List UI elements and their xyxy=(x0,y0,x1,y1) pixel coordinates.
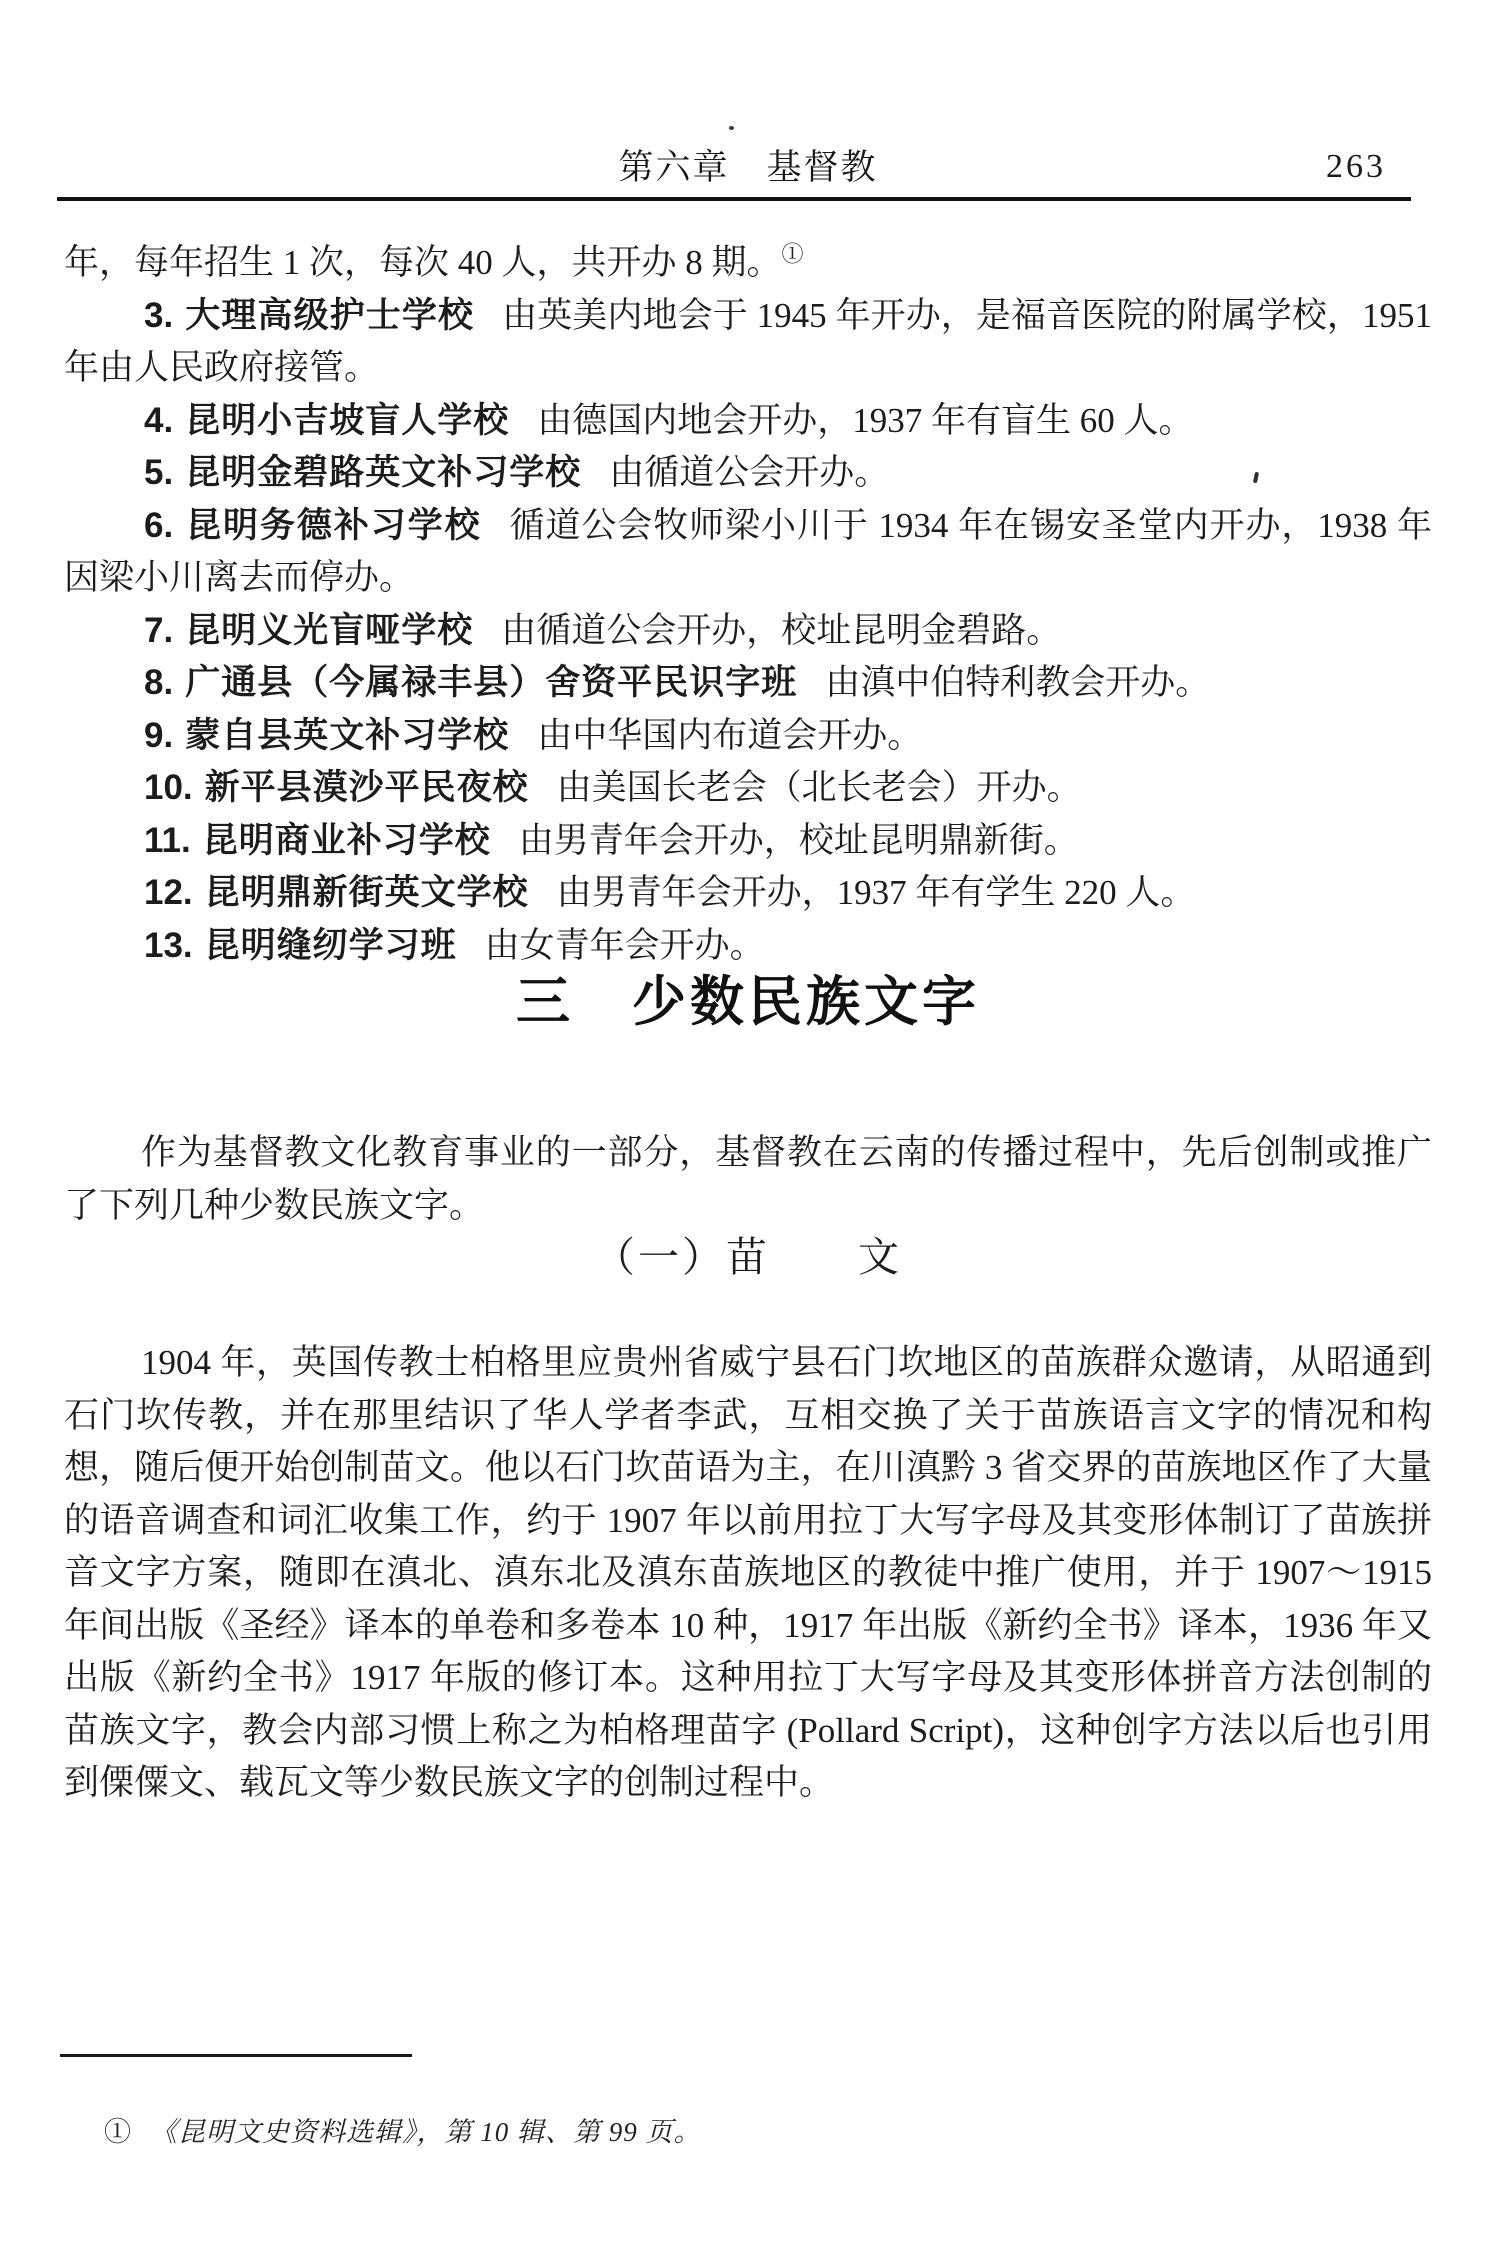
school-item-name: 昆明小吉坡盲人学校 xyxy=(185,401,509,440)
header-rule xyxy=(57,197,1411,201)
continuation-line: 年，每年招生 1 次，每次 40 人，共开办 8 期。① xyxy=(64,237,1432,290)
school-item-number: 7. xyxy=(144,611,173,650)
school-item-number: 6. xyxy=(144,506,173,545)
school-item-name: 蒙自县英文补习学校 xyxy=(185,716,509,755)
school-item-number: 13. xyxy=(144,926,193,965)
school-item-name: 昆明缝纫学习班 xyxy=(205,926,457,965)
school-item-description: 由中华国内布道会开办。 xyxy=(537,716,922,755)
school-item-number: 4. xyxy=(144,401,173,440)
school-list-item: 9.蒙自县英文补习学校由中华国内布道会开办。 xyxy=(64,710,1432,763)
scanned-book-page: 第六章 基督教 263 年，每年招生 1 次，每次 40 人，共开办 8 期。①… xyxy=(0,0,1500,2258)
school-item-name: 昆明义光盲哑学校 xyxy=(185,611,473,650)
scan-artifact-dot xyxy=(729,126,734,130)
chapter-title: 第六章 基督教 xyxy=(64,140,1432,190)
school-item-description: 由滇中伯特利教会开办。 xyxy=(825,663,1210,702)
school-item-name: 大理高级护士学校 xyxy=(185,296,474,335)
school-item-name: 昆明金碧路英文补习学校 xyxy=(185,453,581,492)
footnote-text: 《昆明文史资料选辑》，第 10 辑、第 99 页。 xyxy=(150,2117,702,2147)
footnote-rule xyxy=(60,2054,412,2057)
school-item-number: 10. xyxy=(144,768,193,807)
section-intro-paragraph: 作为基督教文化教育事业的一部分，基督教在云南的传播过程中，先后创制或推广了下列几… xyxy=(64,1127,1432,1232)
body-text: 年，每年招生 1 次，每次 40 人，共开办 8 期。① 3.大理高级护士学校由… xyxy=(64,237,1432,1810)
section-heading: 三 少数民族文字 xyxy=(64,972,1432,1032)
running-header: 第六章 基督教 263 xyxy=(64,140,1432,190)
school-item-description: 由男青年会开办，1937 年有学生 220 人。 xyxy=(557,873,1196,912)
school-item-name: 昆明鼎新街英文学校 xyxy=(205,873,529,912)
school-list-item: 4.昆明小吉坡盲人学校由德国内地会开办，1937 年有盲生 60 人。 xyxy=(64,395,1432,448)
school-item-number: 9. xyxy=(144,716,173,755)
school-list-item: 5.昆明金碧路英文补习学校由循道公会开办。 xyxy=(64,447,1432,500)
school-item-number: 5. xyxy=(144,453,173,492)
school-list-item: 6.昆明务德补习学校循道公会牧师梁小川于 1934 年在锡安圣堂内开办，1938… xyxy=(64,500,1432,605)
school-item-number: 8. xyxy=(144,663,173,702)
school-item-number: 11. xyxy=(144,821,191,860)
school-list-item: 8.广通县（今属禄丰县）舍资平民识字班由滇中伯特利教会开办。 xyxy=(64,657,1432,710)
school-item-name: 昆明商业补习学校 xyxy=(203,821,491,860)
school-item-description: 由循道公会开办，校址昆明金碧路。 xyxy=(501,611,1061,650)
school-list-item: 13.昆明缝纫学习班由女青年会开办。 xyxy=(64,920,1432,973)
school-item-description: 由男青年会开办，校址昆明鼎新街。 xyxy=(519,821,1079,860)
school-list-item: 3.大理高级护士学校由英美内地会于 1945 年开办，是福音医院的附属学校，19… xyxy=(64,290,1432,395)
school-item-description: 由女青年会开办。 xyxy=(485,926,765,965)
continuation-text: 年，每年招生 1 次，每次 40 人，共开办 8 期。 xyxy=(64,243,782,282)
school-list-item: 7.昆明义光盲哑学校由循道公会开办，校址昆明金碧路。 xyxy=(64,605,1432,658)
school-item-description: 由美国长老会（北长老会）开办。 xyxy=(557,768,1082,807)
school-item-number: 3. xyxy=(144,296,173,335)
school-list-item: 11.昆明商业补习学校由男青年会开办，校址昆明鼎新街。 xyxy=(64,815,1432,868)
page-number: 263 xyxy=(1326,148,1386,186)
school-item-name: 广通县（今属禄丰县）舍资平民识字班 xyxy=(185,663,797,702)
footnote-marker: ① xyxy=(104,2117,132,2147)
school-item-description: 由循道公会开办。 xyxy=(609,453,889,492)
subsection-heading: （一）苗 文 xyxy=(64,1232,1432,1282)
footnote-ref-superscript: ① xyxy=(782,241,804,266)
miao-script-paragraph: 1904 年，英国传教士柏格里应贵州省威宁县石门坎地区的苗族群众邀请，从昭通到石… xyxy=(64,1337,1432,1810)
school-item-name: 昆明务德补习学校 xyxy=(185,506,481,545)
school-item-description: 由德国内地会开办，1937 年有盲生 60 人。 xyxy=(537,401,1193,440)
school-item-number: 12. xyxy=(144,873,193,912)
school-list-item: 12.昆明鼎新街英文学校由男青年会开办，1937 年有学生 220 人。 xyxy=(64,867,1432,920)
school-item-name: 新平县漠沙平民夜校 xyxy=(205,768,529,807)
footnote: ①《昆明文史资料选辑》，第 10 辑、第 99 页。 xyxy=(104,2110,1204,2149)
school-list-item: 10.新平县漠沙平民夜校由美国长老会（北长老会）开办。 xyxy=(64,762,1432,815)
